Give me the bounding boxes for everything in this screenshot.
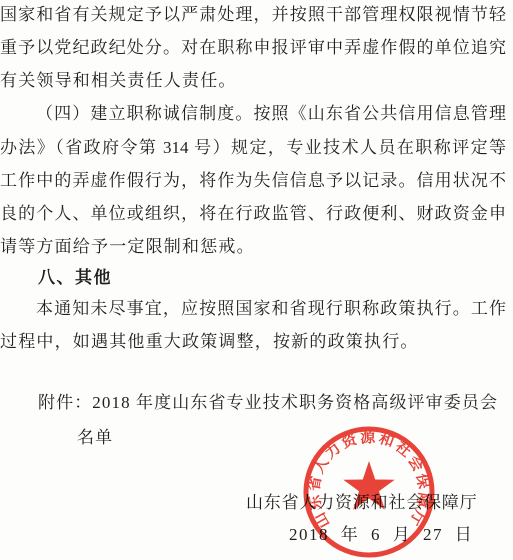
body-line: 本通知未尽事宜，应按照国家和省现行职称政策执行。工作	[0, 297, 506, 321]
body-line: 有关领导和相关责任人责任。	[0, 69, 506, 93]
body-line: 重予以党纪政纪处分。对在职称申报评审中弄虚作假的单位追究	[0, 36, 506, 60]
body-line: 请等方面给予一定限制和惩戒。	[0, 235, 506, 259]
official-seal: 山东省人力资源和社会保障厅	[299, 422, 439, 560]
body-line: 工作中的弄虚作假行为，将作为失信信息予以记录。信用状况不	[0, 169, 506, 193]
body-line: 办法》（省政府令第 314 号）规定，专业技术人员在职称评定等	[0, 136, 506, 160]
attachment-label: 附件：2018 年度山东省专业技术职务资格高级评审委员会	[38, 391, 513, 415]
body-line: 良的个人、单位或组织，将在行政监管、行政便利、财政资金申	[0, 202, 506, 226]
seal-star-icon	[343, 461, 394, 510]
body-line: 过程中，如遇其他重大政策调整，按新的政策执行。	[0, 330, 506, 354]
section-heading: 八、其他	[38, 266, 513, 290]
body-line: 国家和省有关规定予以严肃处理，并按照干部管理权限视情节轻	[0, 3, 506, 27]
attachment-label-continued: 名单	[77, 426, 513, 450]
document-page: 国家和省有关规定予以严肃处理，并按照干部管理权限视情节轻 重予以党纪政纪处分。对…	[0, 0, 513, 560]
body-line: （四）建立职称诚信制度。按照《山东省公共信用信息管理	[0, 102, 506, 126]
